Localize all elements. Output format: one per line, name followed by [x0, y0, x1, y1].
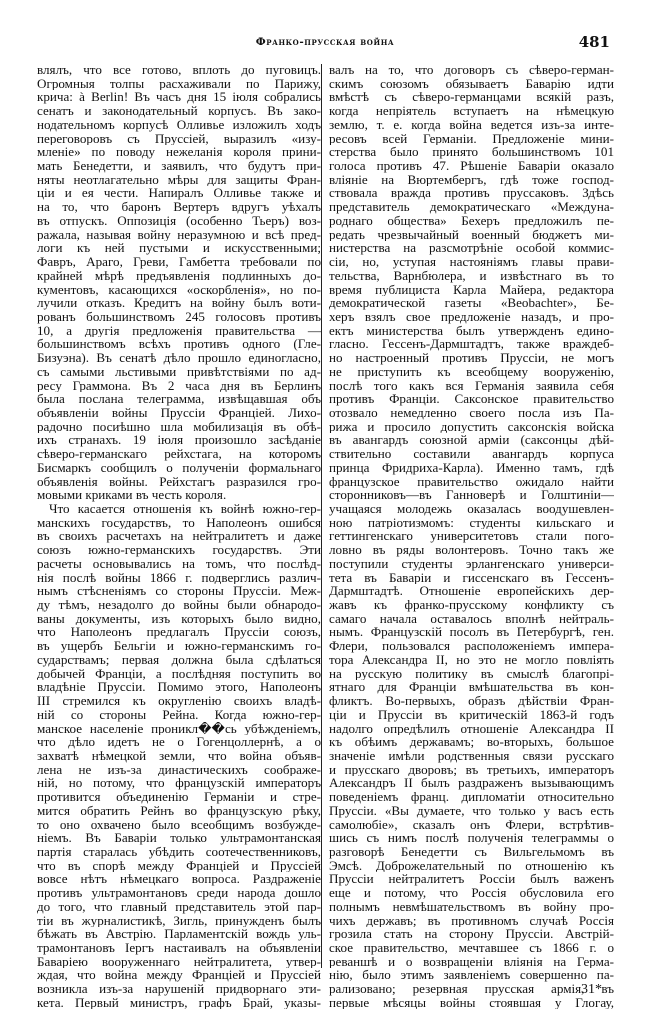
text-line: рованъ большинствомъ 245 голосовъ против… [37, 310, 321, 324]
text-line: тіи въ журналистикѣ, Зигль, принужденъ б… [37, 914, 321, 928]
text-line: скимъ союзомъ обязываетъ Баварію идти [329, 77, 614, 91]
text-line: мовыми криками въ честь короля. [37, 488, 321, 502]
text-line: союзъ южно-германскихъ государствъ. Эти [37, 543, 321, 557]
text-line: III стремился къ округленію своихъ владѣ… [37, 694, 321, 708]
text-line: кументовъ, касающихся «оскорбленія», но … [37, 283, 321, 297]
text-line: до того, что главный представитель этой … [37, 900, 321, 914]
text-line: рализовано; резервная прусская армія, въ [329, 982, 614, 996]
text-line: логи къ ней пустыми и искусственными; [37, 241, 321, 255]
text-line: захватѣ нѣмецкой земли, что война объяв- [37, 749, 321, 763]
text-line: роднаго общества» Бехеръ предложилъ пе- [329, 214, 614, 228]
text-line: объявленіи войны Пруссіи Франціей. Лихо- [37, 406, 321, 420]
text-line: лучили отказъ. Кредитъ на войну былъ вот… [37, 296, 321, 310]
text-line: херъ взялъ свое предложеніе назадъ, и пр… [329, 310, 614, 324]
text-line: была послана телеграмма, извѣщавшая объ [37, 392, 321, 406]
column-divider [321, 64, 322, 968]
text-line: ній, но потому, что французскій императо… [37, 776, 321, 790]
text-line: мать Бенедетти, и заявилъ, что будутъ пр… [37, 159, 321, 173]
text-line: крайней мѣрѣ предъявленія подлинныхъ до- [37, 269, 321, 283]
text-line: реваншѣ и о возвращеніи вліянія на Герма… [329, 955, 614, 969]
text-line: расчеты основывались на томъ, что послѣд… [37, 557, 321, 571]
text-line: ражала, называя войну неразумною и всѣ п… [37, 228, 321, 242]
text-line: ловно въ ряды волонтеровъ. Точно такъ же [329, 543, 614, 557]
text-line: ждая, что война между Франціей и Пруссіе… [37, 968, 321, 982]
text-line: въ авангардъ союзной арміи (саксонцы дѣй… [329, 433, 614, 447]
text-line: поведеніемъ франц. дипломатіи относитель… [329, 790, 614, 804]
text-line: вліяніе на Вюртембергъ, гдѣ тоже господ- [329, 173, 614, 187]
text-line: то оно охвачено было всеобщимъ возбужде- [37, 818, 321, 832]
text-line: съ самыми льстивыми привѣтствіями по ад- [37, 365, 321, 379]
text-line: учащаяся молодежь оказалась воодушевлен- [329, 502, 614, 516]
text-line: Эмсѣ. Доброжелательный по отношенію къ [329, 859, 614, 873]
text-line: Баваріею вооруженнаго нейтралитета, утве… [37, 955, 321, 969]
text-line: сенатъ и законодательный корпусъ. Въ зак… [37, 104, 321, 118]
text-line: вмѣстѣ съ сѣверо-германцами всякій разъ, [329, 90, 614, 104]
text-line: поступили студенты эрлангенскаго универс… [329, 557, 614, 571]
text-line: Что касается отношенія къ войнѣ южно-гер… [37, 502, 321, 516]
text-line: ское правительство, мечтавшее съ 1866 г.… [329, 941, 614, 955]
text-line: тора Александра II, но это не могло повл… [329, 653, 614, 667]
document-page: Франко-прусская война 481 влялъ, что все… [0, 0, 650, 1009]
running-title: Франко-прусская война [200, 36, 450, 48]
text-line: самолюбіе», сказалъ онъ Флери, встрѣтив- [329, 818, 614, 832]
text-line: ній со стороны Рейна. Когда южно-гер- [37, 708, 321, 722]
text-line: сударствамъ; первая должна была сдѣлатьс… [37, 653, 321, 667]
text-line: ду тѣмъ, незадолго до войны были обнарод… [37, 598, 321, 612]
text-line: въ своихъ расчетахъ на нейтралитетъ и да… [37, 529, 321, 543]
text-line: Александръ II былъ раздраженъ вызывающим… [329, 776, 614, 790]
text-line: тета въ Баваріи и гиссенскаго въ Гессенъ… [329, 571, 614, 585]
text-line: крича: à Berlin! Въ часъ дня 15 іюля соб… [37, 90, 321, 104]
text-line: редать чрезвычайный военный бюджетъ ми- [329, 228, 614, 242]
text-line: Бисмаркъ сообщилъ о полученіи формальнаг… [37, 461, 321, 475]
text-line: ресовъ всей Германіи. Предложеніе мини- [329, 132, 614, 146]
text-line: ихъ странахъ. 19 іюля произошло засѣдані… [37, 433, 321, 447]
text-line: противъ Франціи. Саксонское правительств… [329, 392, 614, 406]
text-line: Пруссіи нейтралитетъ Россіи былъ важенъ [329, 872, 614, 886]
page-header: Франко-прусская война 481 [0, 36, 650, 54]
text-line: лена не изъ-за династическихъ соображе- [37, 763, 321, 777]
text-line: чихъ державъ; въ противномъ случаѣ Россі… [329, 914, 614, 928]
text-line: гласно. Гессенъ-Дармштадтъ, также вражде… [329, 337, 614, 351]
text-line: рижа и просило допустить саксонскія войс… [329, 420, 614, 434]
text-line: противъ ультрамонтановъ среди народа дош… [37, 886, 321, 900]
text-line: Фавръ, Араго, Греви, Гамбетта требовали … [37, 255, 321, 269]
text-line: нистерства на разсмотрѣніе особой коммис… [329, 241, 614, 255]
signature-mark: 31* [581, 982, 602, 998]
text-line: жавъ къ франко-прусскому конфликту съ [329, 598, 614, 612]
text-line: представитель демократическаго «Междуна- [329, 200, 614, 214]
text-line: владѣніе Пруссіи. Помимо этого, Наполеон… [37, 680, 321, 694]
text-line: значеніе имѣли родственныя связи русскаг… [329, 749, 614, 763]
text-line: надолго опредѣлилъ отношеніе Александра … [329, 722, 614, 736]
text-line: добычей Франціи, а послѣдняя поступить в… [37, 667, 321, 681]
text-line: ектъ министерства былъ утвержденъ едино- [329, 324, 614, 338]
text-line: Флери, пользовался расположеніемъ импера… [329, 639, 614, 653]
text-line: 10, а другія предложенія правительства — [37, 324, 321, 338]
text-line: ствовала вражда противъ пруссаковъ. Здѣс… [329, 186, 614, 200]
text-line: шись съ нимъ послѣ полученія телеграммы … [329, 831, 614, 845]
text-line: стерства было принято большинствомъ 101 [329, 145, 614, 159]
text-line: ятнаго для Франціи вмѣшательства въ кон- [329, 680, 614, 694]
text-line: время публициста Карла Майера, редактора [329, 283, 614, 297]
text-line: большинствомъ всѣхъ противъ одного (Гле- [37, 337, 321, 351]
text-line: нію, было этимъ заявленіемъ совершенно п… [329, 968, 614, 982]
text-line: что дѣло идетъ не о Гогенцоллернѣ, а о [37, 735, 321, 749]
text-line: въ отпускъ. Оппозиція (особенно Тьеръ) в… [37, 214, 321, 228]
text-line: послѣ того какъ вся Германія заявила себ… [329, 379, 614, 393]
text-line: ресу Граммона. Въ 2 часа дня въ Берлинъ [37, 379, 321, 393]
text-line: сѣверо-германскаго рейхстага, на котором… [37, 447, 321, 461]
text-line: что Наполеонъ предлагалъ Пруссіи союзъ, [37, 625, 321, 639]
text-line: на русскую политику въ смыслѣ благопрі- [329, 667, 614, 681]
text-line: еще и потому, что Россія обусловила его [329, 886, 614, 900]
text-line: противится объединенію Германіи и стре- [37, 790, 321, 804]
text-line: партія старалась убѣдить соотечественник… [37, 845, 321, 859]
text-line: и прусскаго дворовъ; въ третьихъ, импера… [329, 763, 614, 777]
text-line: на то, что баронъ Вертеръ вдругъ уѣхалъ [37, 200, 321, 214]
text-line: полнымъ невмѣшательствомъ въ войну про- [329, 900, 614, 914]
text-line: ствительно составили авангардъ корпуса [329, 447, 614, 461]
right-column: валъ на то, что договоръ съ сѣверо-герма… [329, 63, 614, 1009]
text-line: что въ спорѣ между Франціей и Пруссіей [37, 859, 321, 873]
text-line: къ обѣимъ державамъ; во-вторыхъ, большое [329, 735, 614, 749]
text-line: бѣжать въ Австрію. Парламентскій вождь у… [37, 927, 321, 941]
text-line: трамонтановъ Іергъ настаивалъ на объявле… [37, 941, 321, 955]
text-line: нымъ. Французскій посолъ въ Петербургѣ, … [329, 625, 614, 639]
text-line: отозвало немедленно своего посла изъ Па- [329, 406, 614, 420]
text-line: сіи, но, уступая настояніямъ главы прави… [329, 255, 614, 269]
text-line: кета. Первый министръ, графъ Брай, указы… [37, 996, 321, 1009]
text-line: французское правительство ожидало найти [329, 475, 614, 489]
text-line: въ ущербъ Бельгіи и южно-германскимъ го- [37, 639, 321, 653]
text-line: валъ на то, что договоръ съ сѣверо-герма… [329, 63, 614, 77]
text-line: мленіе» по поводу нежеланія короля прини… [37, 145, 321, 159]
text-line: нія послѣ войны 1866 г. подверглись разл… [37, 571, 321, 585]
text-line: переговоровъ съ Пруссіей, выразилъ «изу- [37, 132, 321, 146]
text-line: когда непріятель вступаетъ на нѣмецкую [329, 104, 614, 118]
text-line: влялъ, что все готово, вплоть до пуговиц… [37, 63, 321, 77]
text-line: геттингенскаго университетовъ стали пого… [329, 529, 614, 543]
text-line: грозила стать на сторону Пруссіи. Австрі… [329, 927, 614, 941]
text-line: демократической газеты «Beobachter», Бе- [329, 296, 614, 310]
left-column: влялъ, что все готово, вплоть до пуговиц… [37, 63, 321, 1009]
text-line: голоса противъ 47. Рѣшеніе Баваріи оказа… [329, 159, 614, 173]
text-line: но настроенный противъ Пруссіи, не могъ [329, 351, 614, 365]
text-line: Огромныя толпы расхаживали по Парижу, [37, 77, 321, 91]
text-line: ніемъ. Въ Баваріи только ультрамонтанска… [37, 831, 321, 845]
text-line: тельства, Варнбюлера, и извѣстнаго въ то [329, 269, 614, 283]
text-line: радочно посиѣшно шла мобилизація въ обѣ- [37, 420, 321, 434]
text-line: принца Фридриха-Карла). Именно тамъ, гдѣ [329, 461, 614, 475]
text-line: самаго начала оставалось вполнѣ нейтраль… [329, 612, 614, 626]
text-line: фликтъ. Во-первыхъ, образъ дѣйствіи Фран… [329, 694, 614, 708]
text-line: ціи и Пруссіи въ критическій 1863-й годъ [329, 708, 614, 722]
text-line: Пруссіи. «Вы думаете, что только у васъ … [329, 804, 614, 818]
text-line: Бизуэна). Въ сенатѣ дѣло прошло единогла… [37, 351, 321, 365]
text-line: няты неотлагательно мѣры для защиты Фран… [37, 173, 321, 187]
text-line: нымъ стѣсненіямъ со стороны Пруссіи. Меж… [37, 584, 321, 598]
page-number: 481 [579, 33, 610, 51]
text-line: вовсе нѣтъ нѣмецкаго вопроса. Раздражені… [37, 872, 321, 886]
text-line: разговорѣ Бенедетти съ Вильгельмомъ въ [329, 845, 614, 859]
text-line: ціи и ея чести. Напиралъ Олливье также и [37, 186, 321, 200]
text-line: не приступить къ всеобщему вооруженію, [329, 365, 614, 379]
text-line: ною патріотизмомъ: студенты кильскаго и [329, 516, 614, 530]
text-line: манское населеніе проникл��сь убѣжденіем… [37, 722, 321, 736]
text-line: ваны документы, изъ которыхъ было видно, [37, 612, 321, 626]
text-line: землю, т. е. когда война ведется изъ-за … [329, 118, 614, 132]
text-line: манскихъ государствъ, то Наполеонъ ошибс… [37, 516, 321, 530]
text-line: первые мѣсяцы войны стоявшая у Глогау, [329, 996, 614, 1009]
text-line: объявленія войны. Рейхстагъ разразился г… [37, 475, 321, 489]
text-line: возникла изъ-за нарушеній придворнаго эт… [37, 982, 321, 996]
text-line: нодательномъ корпусѣ Олливье изложилъ хо… [37, 118, 321, 132]
text-line: Дармштадтѣ. Отношеніе европейскихъ дер- [329, 584, 614, 598]
text-line: сторонниковъ—въ Ганноверѣ и Голштиніи— [329, 488, 614, 502]
text-line: мится обратить Рейнъ во французскую рѣку… [37, 804, 321, 818]
